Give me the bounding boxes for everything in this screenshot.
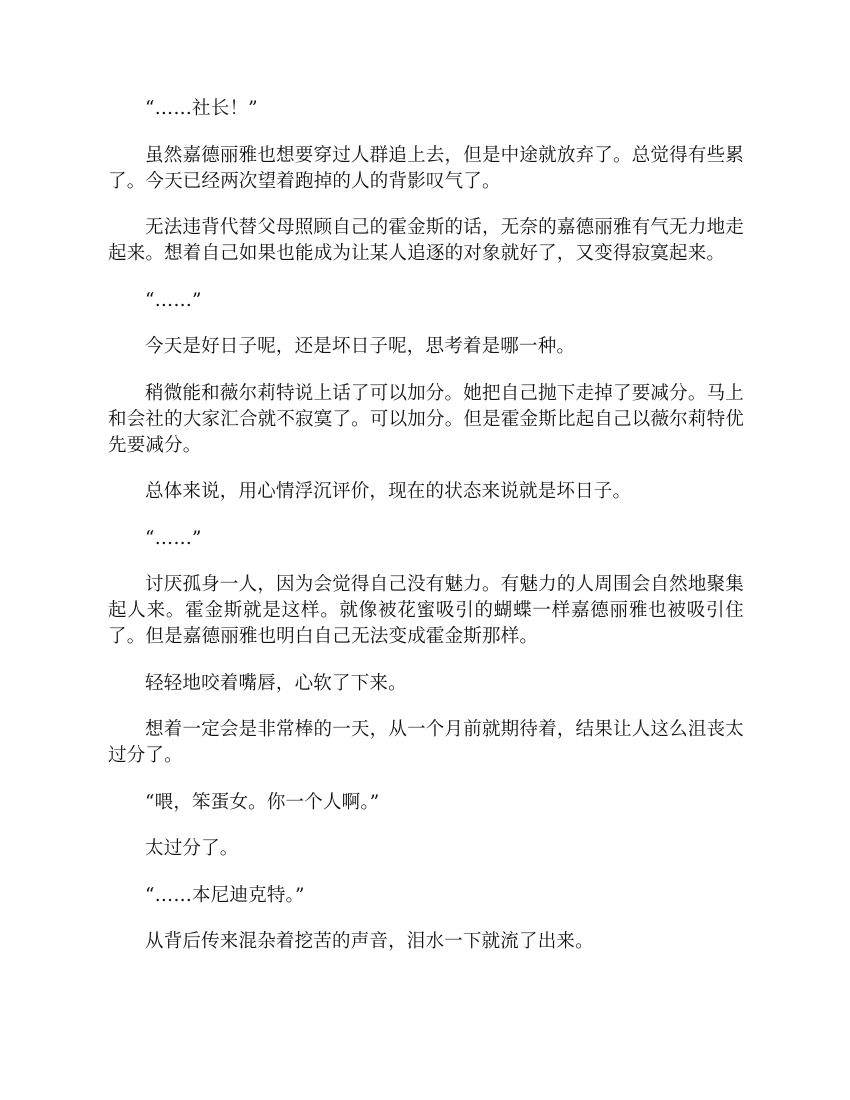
paragraph-dialogue-benedict: “……本尼迪克特。” <box>108 883 744 909</box>
paragraph-score: 稍微能和薇尔莉特说上话了可以加分。她把自己抛下走掉了要减分。马上和会社的大家汇合… <box>108 381 744 459</box>
paragraph-dialogue-hey: “喂，笨蛋女。你一个人啊。” <box>108 790 744 816</box>
document-page: “……社长！” 虽然嘉德丽雅也想要穿过人群追上去，但是中途就放弃了。总觉得有些累… <box>108 96 744 976</box>
paragraph-walk-lonely: 无法违背代替父母照顾自己的霍金斯的话，无奈的嘉德丽雅有气无力地走起来。想着自己如… <box>108 215 744 267</box>
paragraph-ellipsis-2: “……” <box>108 526 744 552</box>
paragraph-chase-gave-up: 虽然嘉德丽雅也想要穿过人群追上去，但是中途就放弃了。总觉得有些累了。今天已经两次… <box>108 143 744 195</box>
paragraph-dialogue-president: “……社长！” <box>108 96 744 122</box>
paragraph-bite-lip: 轻轻地咬着嘴唇，心软了下来。 <box>108 671 744 697</box>
paragraph-too-much: 太过分了。 <box>108 836 744 862</box>
paragraph-hate-alone: 讨厌孤身一人，因为会觉得自己没有魅力。有魅力的人周围会自然地聚集起人来。霍金斯就… <box>108 572 744 650</box>
paragraph-tears: 从背后传来混杂着挖苦的声音，泪水一下就流了出来。 <box>108 929 744 955</box>
paragraph-ellipsis-1: “……” <box>108 288 744 314</box>
paragraph-overall: 总体来说，用心情浮沉评价，现在的状态来说就是坏日子。 <box>108 479 744 505</box>
paragraph-good-or-bad-day: 今天是好日子呢，还是坏日子呢，思考着是哪一种。 <box>108 334 744 360</box>
paragraph-disappointed: 想着一定会是非常棒的一天，从一个月前就期待着，结果让人这么沮丧太过分了。 <box>108 717 744 769</box>
